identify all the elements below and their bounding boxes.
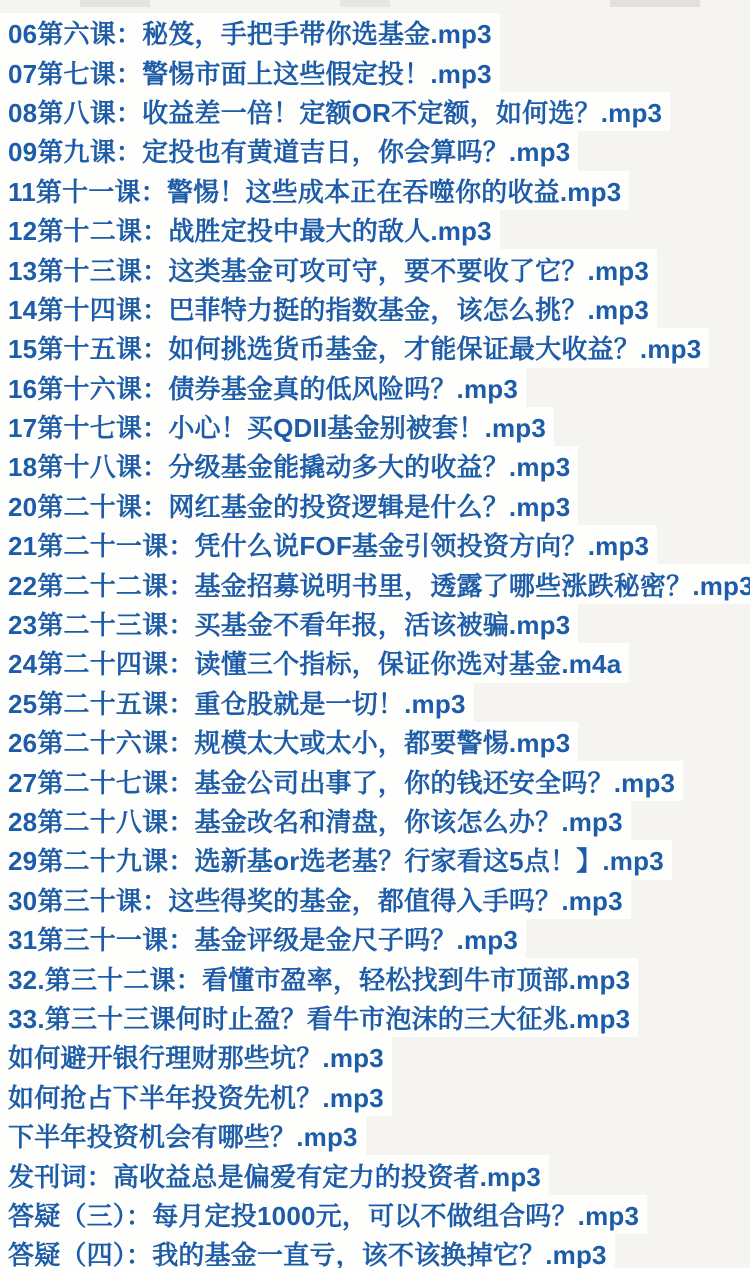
file-item[interactable]: 下半年投资机会有哪些？.mp3: [0, 1116, 366, 1155]
file-item[interactable]: 11第十一课：警惕！这些成本正在吞噬你的收益.mp3: [0, 171, 629, 210]
file-item[interactable]: 21第二十一课：凭什么说FOF基金引领投资方向？.mp3: [0, 525, 657, 564]
file-item[interactable]: 33.第三十三课何时止盈？看牛市泡沫的三大征兆.mp3: [0, 998, 638, 1037]
file-item[interactable]: 25第二十五课：重仓股就是一切！.mp3: [0, 683, 474, 722]
file-item[interactable]: 18第十八课：分级基金能撬动多大的收益？.mp3: [0, 446, 578, 485]
file-item[interactable]: 17第十七课：小心！买QDII基金别被套！.mp3: [0, 407, 554, 446]
file-item[interactable]: 发刊词：高收益总是偏爱有定力的投资者.mp3: [0, 1155, 549, 1194]
file-item[interactable]: 16第十六课：债券基金真的低风险吗？.mp3: [0, 368, 526, 407]
file-item[interactable]: 28第二十八课：基金改名和清盘，你该怎么办？.mp3: [0, 801, 631, 840]
file-item[interactable]: 22第二十二课：基金招募说明书里，透露了哪些涨跌秘密？.mp3: [0, 564, 750, 603]
file-item[interactable]: 31第三十一课：基金评级是金尺子吗？.mp3: [0, 919, 526, 958]
file-item[interactable]: 06第六课：秘笈，手把手带你选基金.mp3: [0, 13, 500, 52]
file-item[interactable]: 07第七课：警惕市面上这些假定投！.mp3: [0, 52, 500, 91]
file-item[interactable]: 如何抢占下半年投资先机？.mp3: [0, 1077, 392, 1116]
file-item[interactable]: 14第十四课：巴菲特力挺的指数基金，该怎么挑？.mp3: [0, 289, 657, 328]
file-item[interactable]: 20第二十课：网红基金的投资逻辑是什么？.mp3: [0, 486, 578, 525]
cropped-previous-line: [0, 0, 750, 7]
file-item[interactable]: 09第九课：定投也有黄道吉日，你会算吗？.mp3: [0, 131, 578, 170]
file-item[interactable]: 29第二十九课：选新基or选老基？行家看这5点！】.mp3: [0, 840, 672, 879]
file-item[interactable]: 13第十三课：这类基金可攻可守，要不要收了它？.mp3: [0, 249, 657, 288]
file-item[interactable]: 如何避开银行理财那些坑？.mp3: [0, 1037, 392, 1076]
file-list: 06第六课：秘笈，手把手带你选基金.mp307第七课：警惕市面上这些假定投！.m…: [0, 13, 750, 1268]
file-item[interactable]: 12第十二课：战胜定投中最大的敌人.mp3: [0, 210, 500, 249]
file-item[interactable]: 32.第三十二课：看懂市盈率，轻松找到牛市顶部.mp3: [0, 958, 638, 997]
file-item[interactable]: 08第八课：收益差一倍！定额OR不定额，如何选？.mp3: [0, 92, 670, 131]
file-item[interactable]: 答疑（四）：我的基金一直亏，该不该换掉它？.mp3: [0, 1234, 615, 1268]
file-item[interactable]: 30第三十课：这些得奖的基金，都值得入手吗？.mp3: [0, 880, 631, 919]
file-item[interactable]: 23第二十三课：买基金不看年报，活该被骗.mp3: [0, 604, 578, 643]
file-item[interactable]: 15第十五课：如何挑选货币基金，才能保证最大收益？.mp3: [0, 328, 709, 367]
file-item[interactable]: 26第二十六课：规模太大或太小，都要警惕.mp3: [0, 722, 578, 761]
file-item[interactable]: 27第二十七课：基金公司出事了，你的钱还安全吗？.mp3: [0, 761, 683, 800]
file-item[interactable]: 24第二十四课：读懂三个指标，保证你选对基金.m4a: [0, 643, 629, 682]
file-item[interactable]: 答疑（三）：每月定投1000元，可以不做组合吗？.mp3: [0, 1195, 647, 1234]
